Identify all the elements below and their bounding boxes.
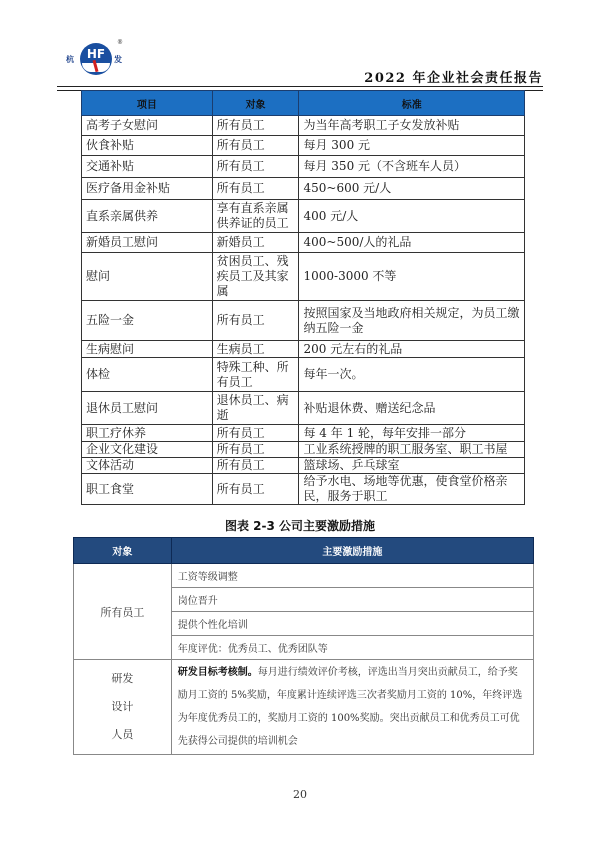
cell-standard: 每年一次。 (299, 358, 525, 392)
table-row: 研发 设计 人员 研发目标考核制。每月进行绩效评价考核，评选出当月突出贡献员工，… (74, 660, 534, 755)
cell-target: 享有直系亲属供养证的员工 (212, 200, 299, 233)
welfare-table-header: 项目 对象 标准 (82, 91, 525, 116)
cell-standard: 400 元/人 (299, 200, 525, 233)
cell-standard: 每月 300 元 (299, 136, 525, 156)
cell-target: 所有员工 (212, 178, 299, 200)
measure-item: 岗位晋升 (171, 588, 533, 612)
cell-standard: 1000-3000 不等 (299, 253, 525, 301)
cell-target: 新婚员工 (212, 233, 299, 253)
table-row: 体检特殊工种、所有员工每年一次。 (82, 358, 525, 392)
cell-item: 生病慰问 (82, 341, 213, 358)
cell-standard: 按照国家及当地政府相关规定，为员工缴纳五险一金 (299, 301, 525, 341)
table-row: 职工疗休养所有员工每 4 年 1 轮，每年安排一部分 (82, 425, 525, 442)
table-row: 所有员工 工资等级调整 (74, 564, 534, 588)
cell-item: 伙食补贴 (82, 136, 213, 156)
table-row: 生病慰问生病员工200 元左右的礼品 (82, 341, 525, 358)
table-row: 新婚员工慰问新婚员工400~500/人的礼品 (82, 233, 525, 253)
table-row: 医疗备用金补贴所有员工450~600 元/人 (82, 178, 525, 200)
cell-target: 特殊工种、所有员工 (212, 358, 299, 392)
target-line: 人员 (80, 721, 165, 749)
registered-mark: ® (117, 39, 123, 46)
cell-target: 退休员工、病逝 (212, 392, 299, 425)
cell-target: 所有员工 (212, 301, 299, 341)
cell-standard: 400~500/人的礼品 (299, 233, 525, 253)
report-title: 2022 年企业社会责任报告 (364, 67, 543, 86)
table-row: 伙食补贴所有员工每月 300 元 (82, 136, 525, 156)
cell-item: 医疗备用金补贴 (82, 178, 213, 200)
cell-standard: 200 元左右的礼品 (299, 341, 525, 358)
cell-standard: 450~600 元/人 (299, 178, 525, 200)
cell-item: 体检 (82, 358, 213, 392)
welfare-table: 项目 对象 标准 高考子女慰问所有员工为当年高考职工子女发放补贴伙食补贴所有员工… (81, 90, 525, 505)
logo-emblem-icon: HF (80, 43, 112, 75)
cell-item: 交通补贴 (82, 156, 213, 178)
table-row: 慰问贫困员工、残疾员工及其家属1000-3000 不等 (82, 253, 525, 301)
cell-target: 所有员工 (212, 136, 299, 156)
target-rd-staff: 研发 设计 人员 (74, 660, 172, 755)
cell-target: 所有员工 (212, 474, 299, 505)
cell-standard: 每 4 年 1 轮，每年安排一部分 (299, 425, 525, 442)
cell-item: 文体活动 (82, 458, 213, 474)
column-header-measures: 主要激励措施 (171, 538, 533, 564)
table-row: 直系亲属供养享有直系亲属供养证的员工400 元/人 (82, 200, 525, 233)
table-row: 退休员工慰问退休员工、病逝补贴退休费、赠送纪念品 (82, 392, 525, 425)
cell-target: 所有员工 (212, 442, 299, 458)
logo-text-left: 杭 (66, 54, 74, 65)
measure-item: 工资等级调整 (171, 564, 533, 588)
table-row: 高考子女慰问所有员工为当年高考职工子女发放补贴 (82, 116, 525, 136)
cell-item: 直系亲属供养 (82, 200, 213, 233)
cell-standard: 为当年高考职工子女发放补贴 (299, 116, 525, 136)
cell-standard: 工业系统授牌的职工服务室、职工书屋 (299, 442, 525, 458)
table-row: 职工食堂所有员工给予水电、场地等优惠，使食堂价格亲民，服务于职工 (82, 474, 525, 505)
target-all-staff: 所有员工 (74, 564, 172, 660)
table-row: 文体活动所有员工篮球场、乒乓球室 (82, 458, 525, 474)
cell-target: 贫困员工、残疾员工及其家属 (212, 253, 299, 301)
table-row: 企业文化建设所有员工工业系统授牌的职工服务室、职工书屋 (82, 442, 525, 458)
logo-text-right: 发 (114, 54, 122, 65)
cell-target: 所有员工 (212, 425, 299, 442)
company-logo: 杭 HF 发 ® (60, 40, 130, 76)
cell-target: 生病员工 (212, 341, 299, 358)
cell-standard: 补贴退休费、赠送纪念品 (299, 392, 525, 425)
cell-target: 所有员工 (212, 156, 299, 178)
logo-mark: HF (87, 47, 105, 61)
incentive-table: 对象 主要激励措施 所有员工 工资等级调整 岗位晋升 提供个性化培训 年度评优：… (73, 537, 534, 755)
column-header-target: 对象 (74, 538, 172, 564)
column-header-target: 对象 (212, 91, 299, 116)
cell-item: 职工疗休养 (82, 425, 213, 442)
cell-target: 所有员工 (212, 116, 299, 136)
rd-measure-text: 研发目标考核制。每月进行绩效评价考核，评选出当月突出贡献员工，给予奖励月工资的 … (171, 660, 533, 755)
cell-item: 企业文化建设 (82, 442, 213, 458)
column-header-standard: 标准 (299, 91, 525, 116)
cell-target: 所有员工 (212, 458, 299, 474)
column-header-item: 项目 (82, 91, 213, 116)
welfare-table-body: 高考子女慰问所有员工为当年高考职工子女发放补贴伙食补贴所有员工每月 300 元交… (82, 116, 525, 505)
cell-item: 职工食堂 (82, 474, 213, 505)
incentive-table-header: 对象 主要激励措施 (74, 538, 534, 564)
target-line: 研发 (80, 665, 165, 693)
rd-measure-lead: 研发目标考核制。 (178, 667, 258, 678)
table-row: 五险一金所有员工按照国家及当地政府相关规定，为员工缴纳五险一金 (82, 301, 525, 341)
page-number: 20 (0, 788, 600, 801)
cell-item: 慰问 (82, 253, 213, 301)
cell-standard: 每月 350 元（不含班车人员） (299, 156, 525, 178)
cell-item: 新婚员工慰问 (82, 233, 213, 253)
cell-item: 退休员工慰问 (82, 392, 213, 425)
measure-item: 年度评优：优秀员工、优秀团队等 (171, 636, 533, 660)
cell-item: 高考子女慰问 (82, 116, 213, 136)
cell-standard: 篮球场、乒乓球室 (299, 458, 525, 474)
rd-measure-body: 每月进行绩效评价考核，评选出当月突出贡献员工，给予奖励月工资的 5%奖励，年度累… (178, 667, 522, 747)
measure-item: 提供个性化培训 (171, 612, 533, 636)
target-line: 设计 (80, 693, 165, 721)
table-row: 交通补贴所有员工每月 350 元（不含班车人员） (82, 156, 525, 178)
figure-caption: 图表 2-3 公司主要激励措施 (0, 517, 600, 534)
cell-standard: 给予水电、场地等优惠，使食堂价格亲民，服务于职工 (299, 474, 525, 505)
cell-item: 五险一金 (82, 301, 213, 341)
